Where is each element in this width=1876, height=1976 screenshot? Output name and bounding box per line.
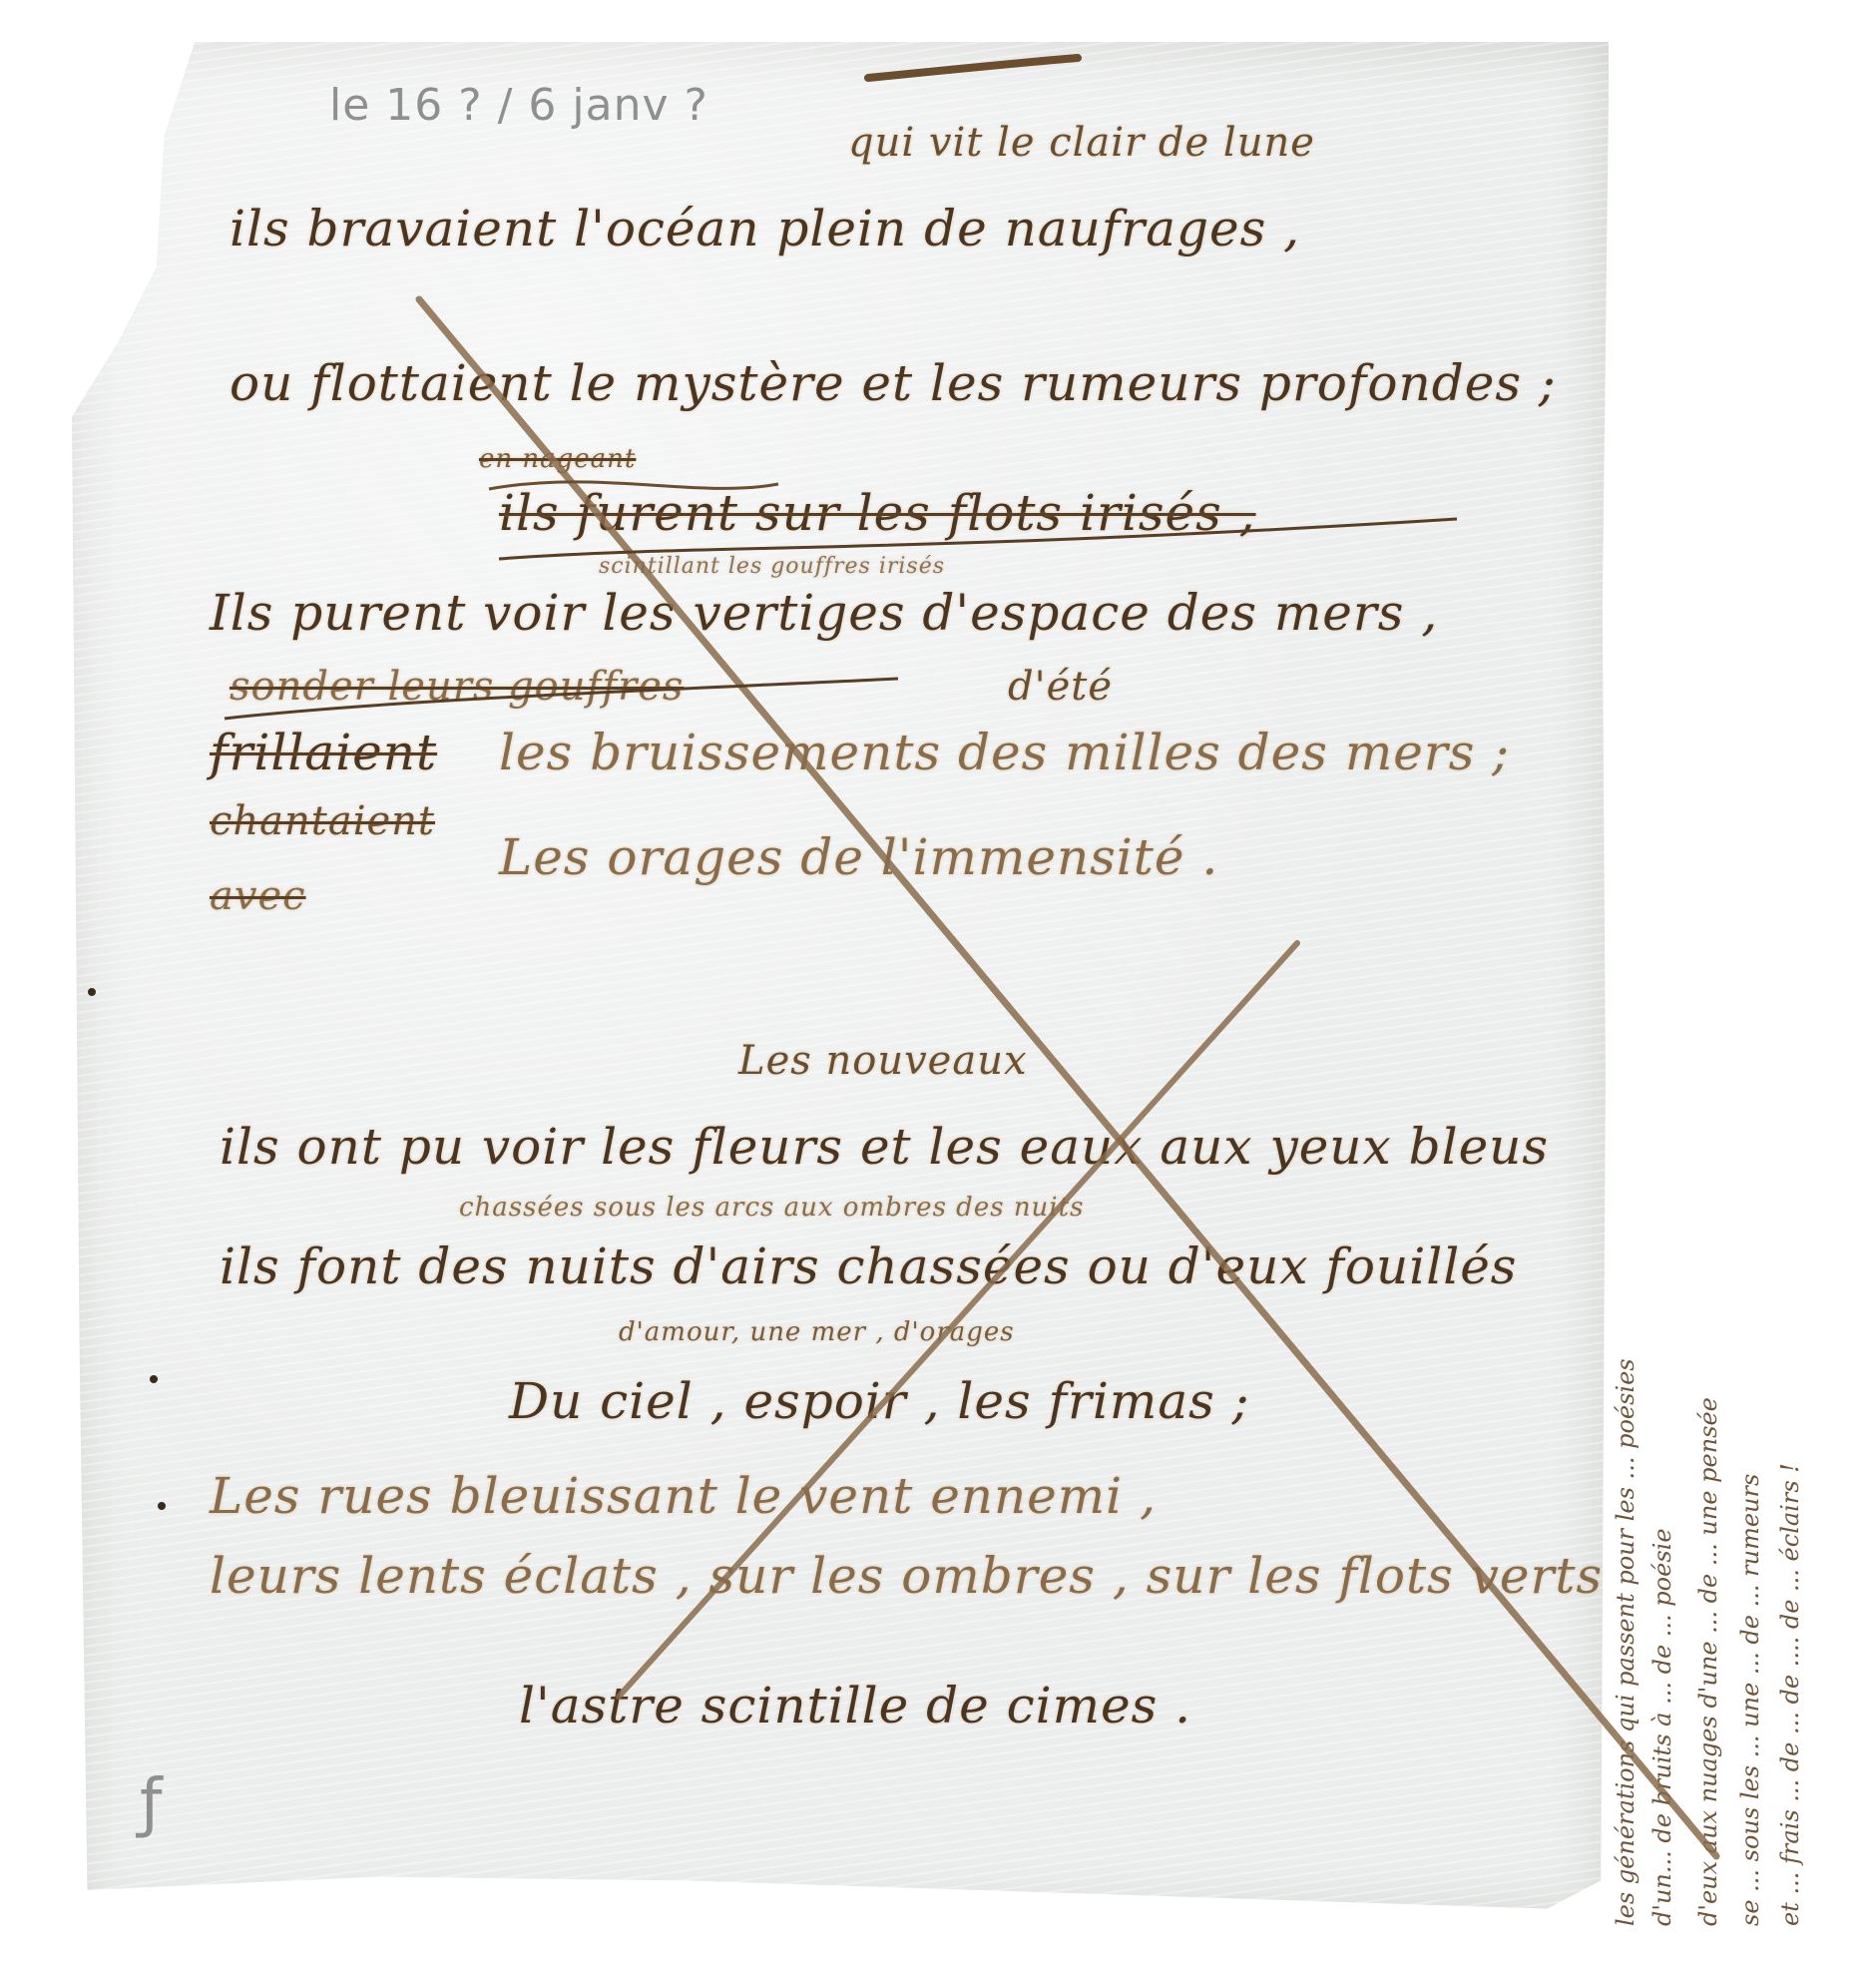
margin-note-col4: se ... sous les ... une ... de ... rumeu… — [1736, 798, 1764, 1926]
stanza1-line5-addition: d'été — [1008, 664, 1113, 710]
pencil-mark-bottom-left: ƒ — [140, 1766, 164, 1840]
stanza2-line1-sub: chassées sous les arcs aux ombres des nu… — [459, 1193, 1084, 1223]
stanza1-line1: ils bravaient l'océan plein de naufrages… — [230, 200, 1300, 257]
pencil-note-top-left: le 16 ? / 6 janv ? — [329, 80, 708, 131]
stanza1-line3-sub: scintillant les gouffres irisés — [599, 554, 945, 579]
manuscript-sheet — [72, 42, 1609, 1918]
ink-dot — [88, 988, 96, 996]
stanza1-line3-struck: ils furent sur les flots irisés , — [499, 484, 1256, 542]
stanza2-line3-sub: d'amour, une mer , d'orages — [619, 1317, 1015, 1347]
ink-dot — [150, 1375, 158, 1383]
stanza2-line7: l'astre scintille de cimes . — [519, 1677, 1191, 1734]
stanza2-line4: Du ciel , espoir , les frimas ; — [509, 1372, 1250, 1430]
stanza2-heading: Les nouveaux — [738, 1038, 1028, 1084]
overline-addition: qui vit le clair de lune — [848, 120, 1315, 166]
stanza1-line2: ou flottaient le mystère et les rumeurs … — [230, 354, 1557, 412]
stanza2-line2: ils font des nuits d'airs chassées ou d'… — [220, 1237, 1517, 1295]
stanza1-line4: Ils purent voir les vertiges d'espace de… — [210, 584, 1438, 642]
stanza1-line9-struck: avec — [210, 873, 306, 919]
stanza2-line5: Les rues bleuissant le vent ennemi , — [210, 1467, 1157, 1525]
stanza1-line6-struck-word: frillaient — [210, 724, 437, 781]
stanza2-line1: ils ont pu voir les fleurs et les eaux a… — [220, 1118, 1549, 1176]
stanza1-line7-struck-word: chantaient — [210, 798, 435, 844]
stanza1-line6: les bruissements des milles des mers ; — [499, 724, 1510, 781]
stanza1-line5-struck: sonder leurs gouffres — [230, 664, 684, 710]
ink-dot — [158, 1502, 166, 1510]
margin-note-col3: d'eux aux nuages d'une ... de ... une pe… — [1694, 798, 1722, 1926]
stanza1-line8: Les orages de l'immensité . — [499, 828, 1218, 886]
margin-note-col1: les générations qui passent pour les ...… — [1612, 1048, 1640, 1926]
margin-note-col2: d'un... de bruits à ... de ... poésie — [1648, 1048, 1676, 1926]
stanza1-line2-above-struck: en nageant — [479, 444, 636, 474]
margin-note-col5: et ... frais ... de ... de .... de ... é… — [1776, 798, 1804, 1926]
stanza2-line6: leurs lents éclats , sur les ombres , su… — [210, 1547, 1603, 1605]
